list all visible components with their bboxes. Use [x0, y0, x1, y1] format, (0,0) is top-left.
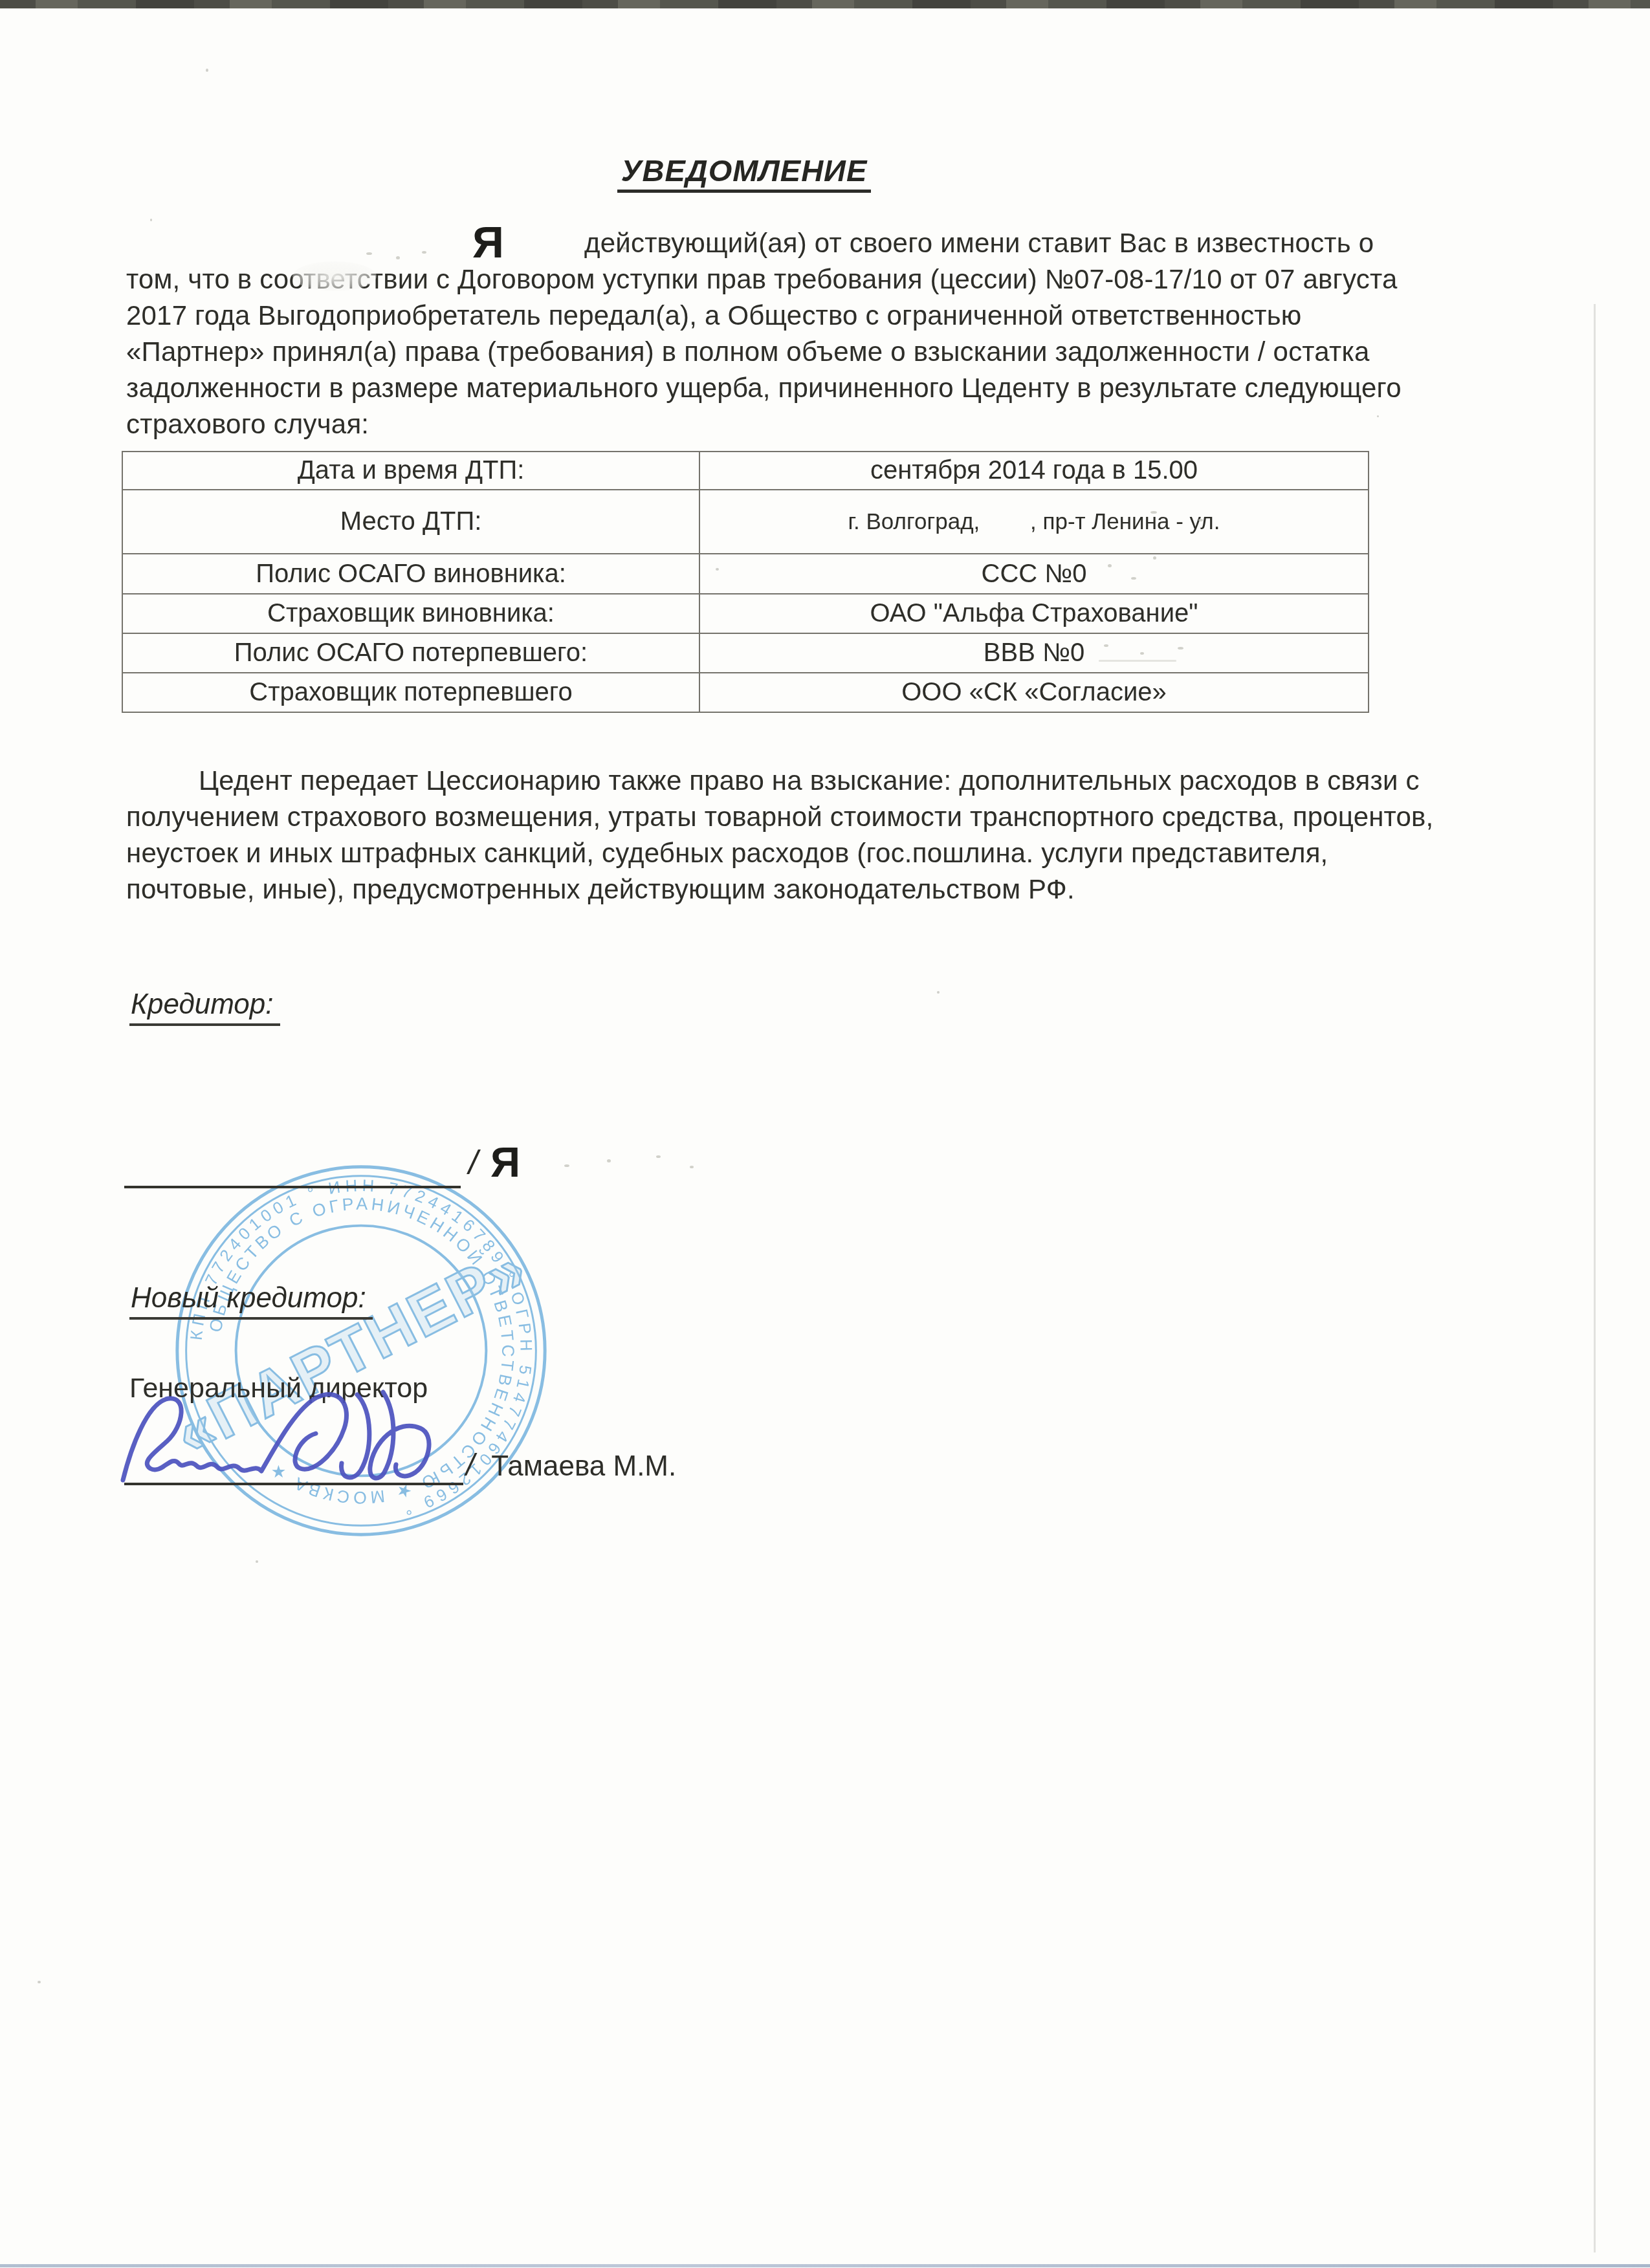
creditor-slash: /	[468, 1144, 478, 1183]
redaction-mark	[1099, 660, 1176, 662]
scan-speck	[1377, 415, 1379, 417]
redaction-mark	[1108, 564, 1112, 567]
scan-speck	[38, 1981, 41, 1983]
scan-edge-artifact-bottom	[0, 2264, 1650, 2267]
table-row-value: ССС №0	[700, 554, 1368, 594]
erasure-smudge	[292, 261, 377, 291]
redaction-mark	[1140, 652, 1144, 655]
paragraph1-line1: действующий(ая) от своего имени ставит В…	[584, 228, 1374, 259]
table-row-label: Страховщик потерпевшего	[123, 673, 700, 712]
scan-speck	[937, 991, 940, 994]
table-row-label: Полис ОСАГО виновника:	[123, 554, 700, 594]
paragraph2-line1: Цедент передает Цессионарию также право …	[199, 765, 1420, 796]
paragraph1-line6: страхового случая:	[126, 409, 369, 440]
paragraph1-line5: задолженности в размере материального ущ…	[126, 373, 1402, 404]
paragraph2-line2: получением страхового возмещения, утраты…	[126, 801, 1434, 833]
signature-ink-stroke	[123, 1392, 429, 1480]
scan-line-artifact	[1594, 304, 1596, 2252]
table-row-value: ООО «СК «Согласие»	[700, 673, 1368, 712]
redaction-mark	[564, 1164, 569, 1167]
scan-speck	[206, 69, 208, 72]
accident-details-table: Дата и время ДТП: сентября 2014 года в 1…	[122, 451, 1369, 713]
table-row-label: Полис ОСАГО потерпевшего:	[123, 634, 700, 673]
paragraph1-line4: «Партнер» принял(а) права (требования) в…	[126, 336, 1369, 367]
redaction-mark	[607, 1159, 611, 1162]
signer-name: Тамаева М.М.	[491, 1450, 676, 1482]
scan-speck	[150, 219, 152, 221]
table-row-value: ОАО "Альфа Страхование"	[700, 594, 1368, 634]
scan-speck	[256, 1560, 258, 1563]
table-row-label: Дата и время ДТП:	[123, 452, 700, 490]
document-title-text: УВЕДОМЛЕНИЕ	[617, 153, 872, 193]
pronoun-ya: Я	[472, 217, 504, 268]
creditor-heading: Кредитор:	[129, 988, 280, 1026]
paragraph1-line3: 2017 года Выгодоприобретатель передал(а)…	[126, 300, 1302, 331]
redaction-mark	[396, 256, 400, 259]
creditor-signer-ya: Я	[490, 1139, 520, 1186]
table-row-value: сентября 2014 года в 15.00	[700, 452, 1368, 490]
redaction-mark	[366, 252, 372, 255]
new-creditor-sign-caption: /Тамаева М.М.	[466, 1448, 676, 1483]
redaction-mark	[1150, 511, 1157, 514]
new-creditor-heading: Новый кредитор:	[129, 1282, 373, 1320]
table-row-value: ВВВ №0	[700, 634, 1368, 673]
redaction-mark	[690, 1166, 694, 1168]
scanned-document-page: УВЕДОМЛЕНИЕ Я действующий(ая) от своего …	[0, 0, 1650, 2268]
redaction-mark	[422, 251, 426, 254]
table-row-value: г. Волгоград, , пр-т Ленина - ул.	[700, 490, 1368, 554]
redaction-mark	[1153, 556, 1156, 560]
paragraph2-line3: неустоек и иных штрафных санкций, судебн…	[126, 838, 1328, 869]
document-title: УВЕДОМЛЕНИЕ	[0, 153, 1488, 188]
paragraph2-line4: почтовые, иные), предусмотренных действу…	[126, 874, 1075, 905]
table-row-label: Место ДТП:	[123, 490, 700, 554]
table-row-label: Страховщик виновника:	[123, 594, 700, 634]
redaction-mark	[1131, 577, 1136, 580]
scan-edge-artifact-top	[0, 0, 1650, 8]
creditor-signature-line	[124, 1186, 461, 1188]
redaction-mark	[1198, 519, 1203, 521]
redaction-mark	[656, 1155, 661, 1158]
handwritten-signature	[111, 1371, 500, 1501]
redaction-mark	[1178, 647, 1183, 649]
redaction-mark	[1104, 644, 1108, 647]
new-creditor-slash: /	[466, 1448, 474, 1483]
